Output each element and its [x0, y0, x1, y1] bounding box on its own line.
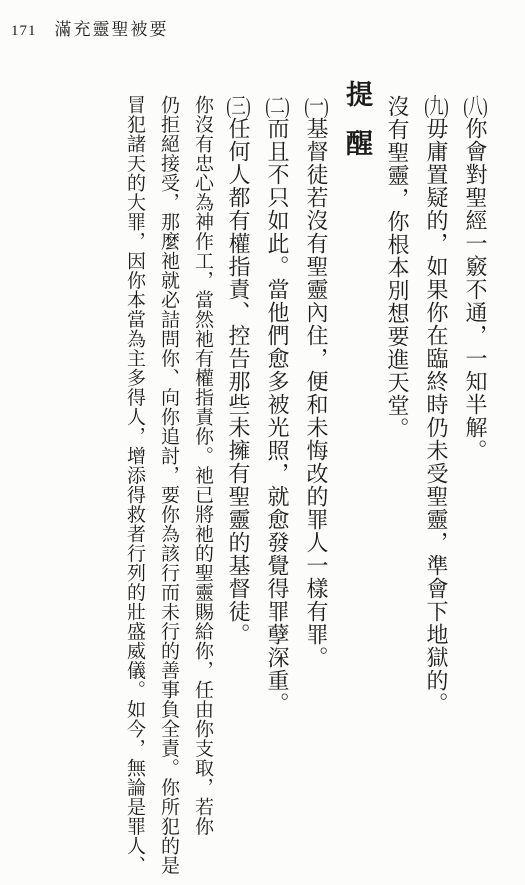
page-header: 171 滿充靈聖被要: [11, 15, 169, 40]
item-3-marker: (三): [226, 95, 251, 117]
paragraph-line: 你沒有忠心為神作工，當然祂有權指責你。祂已將祂的聖靈賜給你，任由你支取，若你: [185, 95, 219, 875]
item-1-marker: (一): [304, 95, 329, 117]
item-3-text: 任何人都有權指責、控告那些未擁有聖靈的基督徒。: [226, 117, 251, 646]
item-2-marker: (二): [265, 95, 290, 117]
item-2-text: 而且不只如此。當他們愈多被光照，就愈發覺得罪孽深重。: [265, 117, 290, 715]
book-page: 171 滿充靈聖被要 (八)你會對聖經一竅不通，一知半解。 (九)毋庸置疑的，如…: [0, 0, 525, 885]
list-item-9-continuation: 沒有聖靈，你根本別想要進天堂。: [378, 95, 417, 875]
paragraph-line: 冒犯諸天的大罪，因你本當為主多得人，增添得救者行列的壯盛威儀。如今，無論是罪人、: [117, 95, 151, 875]
page-number: 171: [11, 23, 37, 40]
list-item-2: (二)而且不只如此。當他們愈多被光照，就愈發覺得罪孽深重。: [258, 95, 297, 875]
list-item-9: (九)毋庸置疑的，如果你在臨終時仍未受聖靈，準會下地獄的。: [417, 95, 456, 875]
paragraph-line: 仍拒絕接受，那麼祂就必詰問你、向你追討，要你為該行而未行的善事負全責。你所犯的是: [151, 95, 185, 875]
item-9-text: 毋庸置疑的，如果你在臨終時仍未受聖靈，準會下地獄的。: [424, 117, 449, 715]
list-item-1: (一)基督徒若沒有聖靈內住，便和未悔改的罪人一樣有罪。: [297, 95, 336, 875]
item-9-marker: (九): [424, 95, 449, 117]
section-heading: 提醒: [336, 80, 378, 860]
item-9-continuation-text: 沒有聖靈，你根本別想要進天堂。: [385, 95, 410, 440]
running-title: 滿充靈聖被要: [55, 15, 169, 40]
item-8-marker: (八): [463, 95, 488, 117]
item-8-text: 你會對聖經一竅不通，一知半解。: [463, 117, 488, 462]
page-body: (八)你會對聖經一竅不通，一知半解。 (九)毋庸置疑的，如果你在臨終時仍未受聖靈…: [117, 95, 495, 875]
item-1-text: 基督徒若沒有聖靈內住，便和未悔改的罪人一樣有罪。: [304, 117, 329, 669]
list-item-8: (八)你會對聖經一竅不通，一知半解。: [456, 95, 495, 875]
list-item-3: (三)任何人都有權指責、控告那些未擁有聖靈的基督徒。: [219, 95, 258, 875]
